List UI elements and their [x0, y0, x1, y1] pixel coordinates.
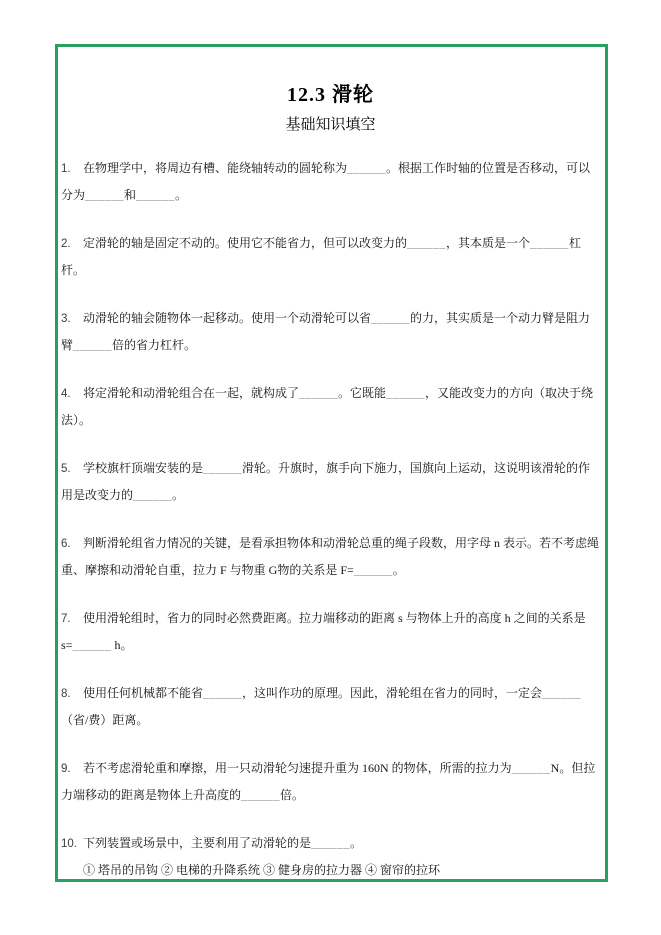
question-text: 若不考虑滑轮重和摩擦，用一只动滑轮匀速提升重为 160N 的物体，所需的拉力为_…: [61, 761, 595, 802]
answer-blank: ______: [85, 188, 124, 202]
answer-blank: ______: [241, 788, 280, 802]
answer-blank: ______: [73, 338, 112, 352]
answer-blank: ______: [133, 488, 172, 502]
answer-blank: ______: [542, 686, 581, 700]
answer-blank: ______: [203, 461, 242, 475]
question-5: 5.学校旗杆顶端安装的是______滑轮。升旗时，旗手向下施力，国旗向上运动，这…: [61, 455, 600, 508]
question-4: 4.将定滑轮和动滑轮组合在一起，就构成了______。它既能______，又能改…: [61, 380, 600, 433]
answer-blank: ______: [371, 311, 410, 325]
answer-blank: ______: [530, 236, 569, 250]
answer-blank: ______: [136, 188, 175, 202]
question-text: 将定滑轮和动滑轮组合在一起，就构成了______。它既能______，又能改变力…: [61, 386, 593, 427]
page-border-frame: 12.3 滑轮 基础知识填空 1.在物理学中，将周边有槽、能绕轴转动的圆轮称为_…: [55, 44, 608, 882]
question-text: 动滑轮的轴会随物体一起移动。使用一个动滑轮可以省______的力，其实质是一个动…: [61, 311, 590, 352]
question-text: 定滑轮的轴是固定不动的。使用它不能省力，但可以改变力的______，其本质是一个…: [61, 236, 581, 277]
question-10-options: ① 塔吊的吊钩 ② 电梯的升降系统 ③ 健身房的拉力器 ④ 窗帘的拉环: [61, 857, 600, 883]
question-1: 1.在物理学中，将周边有槽、能绕轴转动的圆轮称为______。根据工作时轴的位置…: [61, 155, 600, 208]
question-number: 2.: [61, 231, 83, 257]
answer-blank: ______: [512, 761, 551, 775]
question-list: 1.在物理学中，将周边有槽、能绕轴转动的圆轮称为______。根据工作时轴的位置…: [60, 155, 601, 883]
question-3: 3.动滑轮的轴会随物体一起移动。使用一个动滑轮可以省______的力，其实质是一…: [61, 305, 600, 358]
question-number: 5.: [61, 456, 83, 482]
question-9: 9.若不考虑滑轮重和摩擦，用一只动滑轮匀速提升重为 160N 的物体，所需的拉力…: [61, 755, 600, 808]
question-text: 下列装置或场景中，主要利用了动滑轮的是______。: [83, 836, 362, 850]
question-number: 4.: [61, 381, 83, 407]
answer-blank: ______: [203, 686, 242, 700]
answer-blank: ______: [347, 161, 386, 175]
question-8: 8.使用任何机械都不能省______，这叫作功的原理。因此，滑轮组在省力的同时，…: [61, 680, 600, 733]
question-number: 9.: [61, 756, 83, 782]
answer-blank: ______: [407, 236, 446, 250]
question-text: 使用任何机械都不能省______，这叫作功的原理。因此，滑轮组在省力的同时，一定…: [61, 686, 581, 727]
question-2: 2.定滑轮的轴是固定不动的。使用它不能省力，但可以改变力的______，其本质是…: [61, 230, 600, 283]
question-text: 在物理学中，将周边有槽、能绕轴转动的圆轮称为______。根据工作时轴的位置是否…: [61, 161, 590, 202]
answer-blank: ______: [354, 563, 393, 577]
question-number: 6.: [61, 531, 83, 557]
question-number: 8.: [61, 681, 83, 707]
question-text: 使用滑轮组时，省力的同时必然费距离。拉力端移动的距离 s 与物体上升的高度 h …: [61, 611, 586, 652]
question-10: 10.下列装置或场景中，主要利用了动滑轮的是______。 ① 塔吊的吊钩 ② …: [61, 830, 600, 883]
question-text: 学校旗杆顶端安装的是______滑轮。升旗时，旗手向下施力，国旗向上运动，这说明…: [61, 461, 590, 502]
answer-blank: ______: [72, 638, 111, 652]
worksheet-page: 12.3 滑轮 基础知识填空 1.在物理学中，将周边有槽、能绕轴转动的圆轮称为_…: [0, 0, 661, 935]
question-6: 6.判断滑轮组省力情况的关键，是看承担物体和动滑轮总重的绳子段数，用字母 n 表…: [61, 530, 600, 583]
answer-blank: ______: [386, 386, 425, 400]
worksheet-subtitle: 基础知识填空: [60, 115, 601, 135]
answer-blank: ______: [311, 836, 350, 850]
question-number: 10.: [61, 831, 83, 857]
question-text: 判断滑轮组省力情况的关键，是看承担物体和动滑轮总重的绳子段数，用字母 n 表示。…: [61, 536, 599, 577]
question-number: 3.: [61, 306, 83, 332]
answer-blank: ______: [299, 386, 338, 400]
question-number: 1.: [61, 156, 83, 182]
question-7: 7.使用滑轮组时，省力的同时必然费距离。拉力端移动的距离 s 与物体上升的高度 …: [61, 605, 600, 658]
worksheet-title: 12.3 滑轮: [60, 83, 601, 107]
question-number: 7.: [61, 606, 83, 632]
